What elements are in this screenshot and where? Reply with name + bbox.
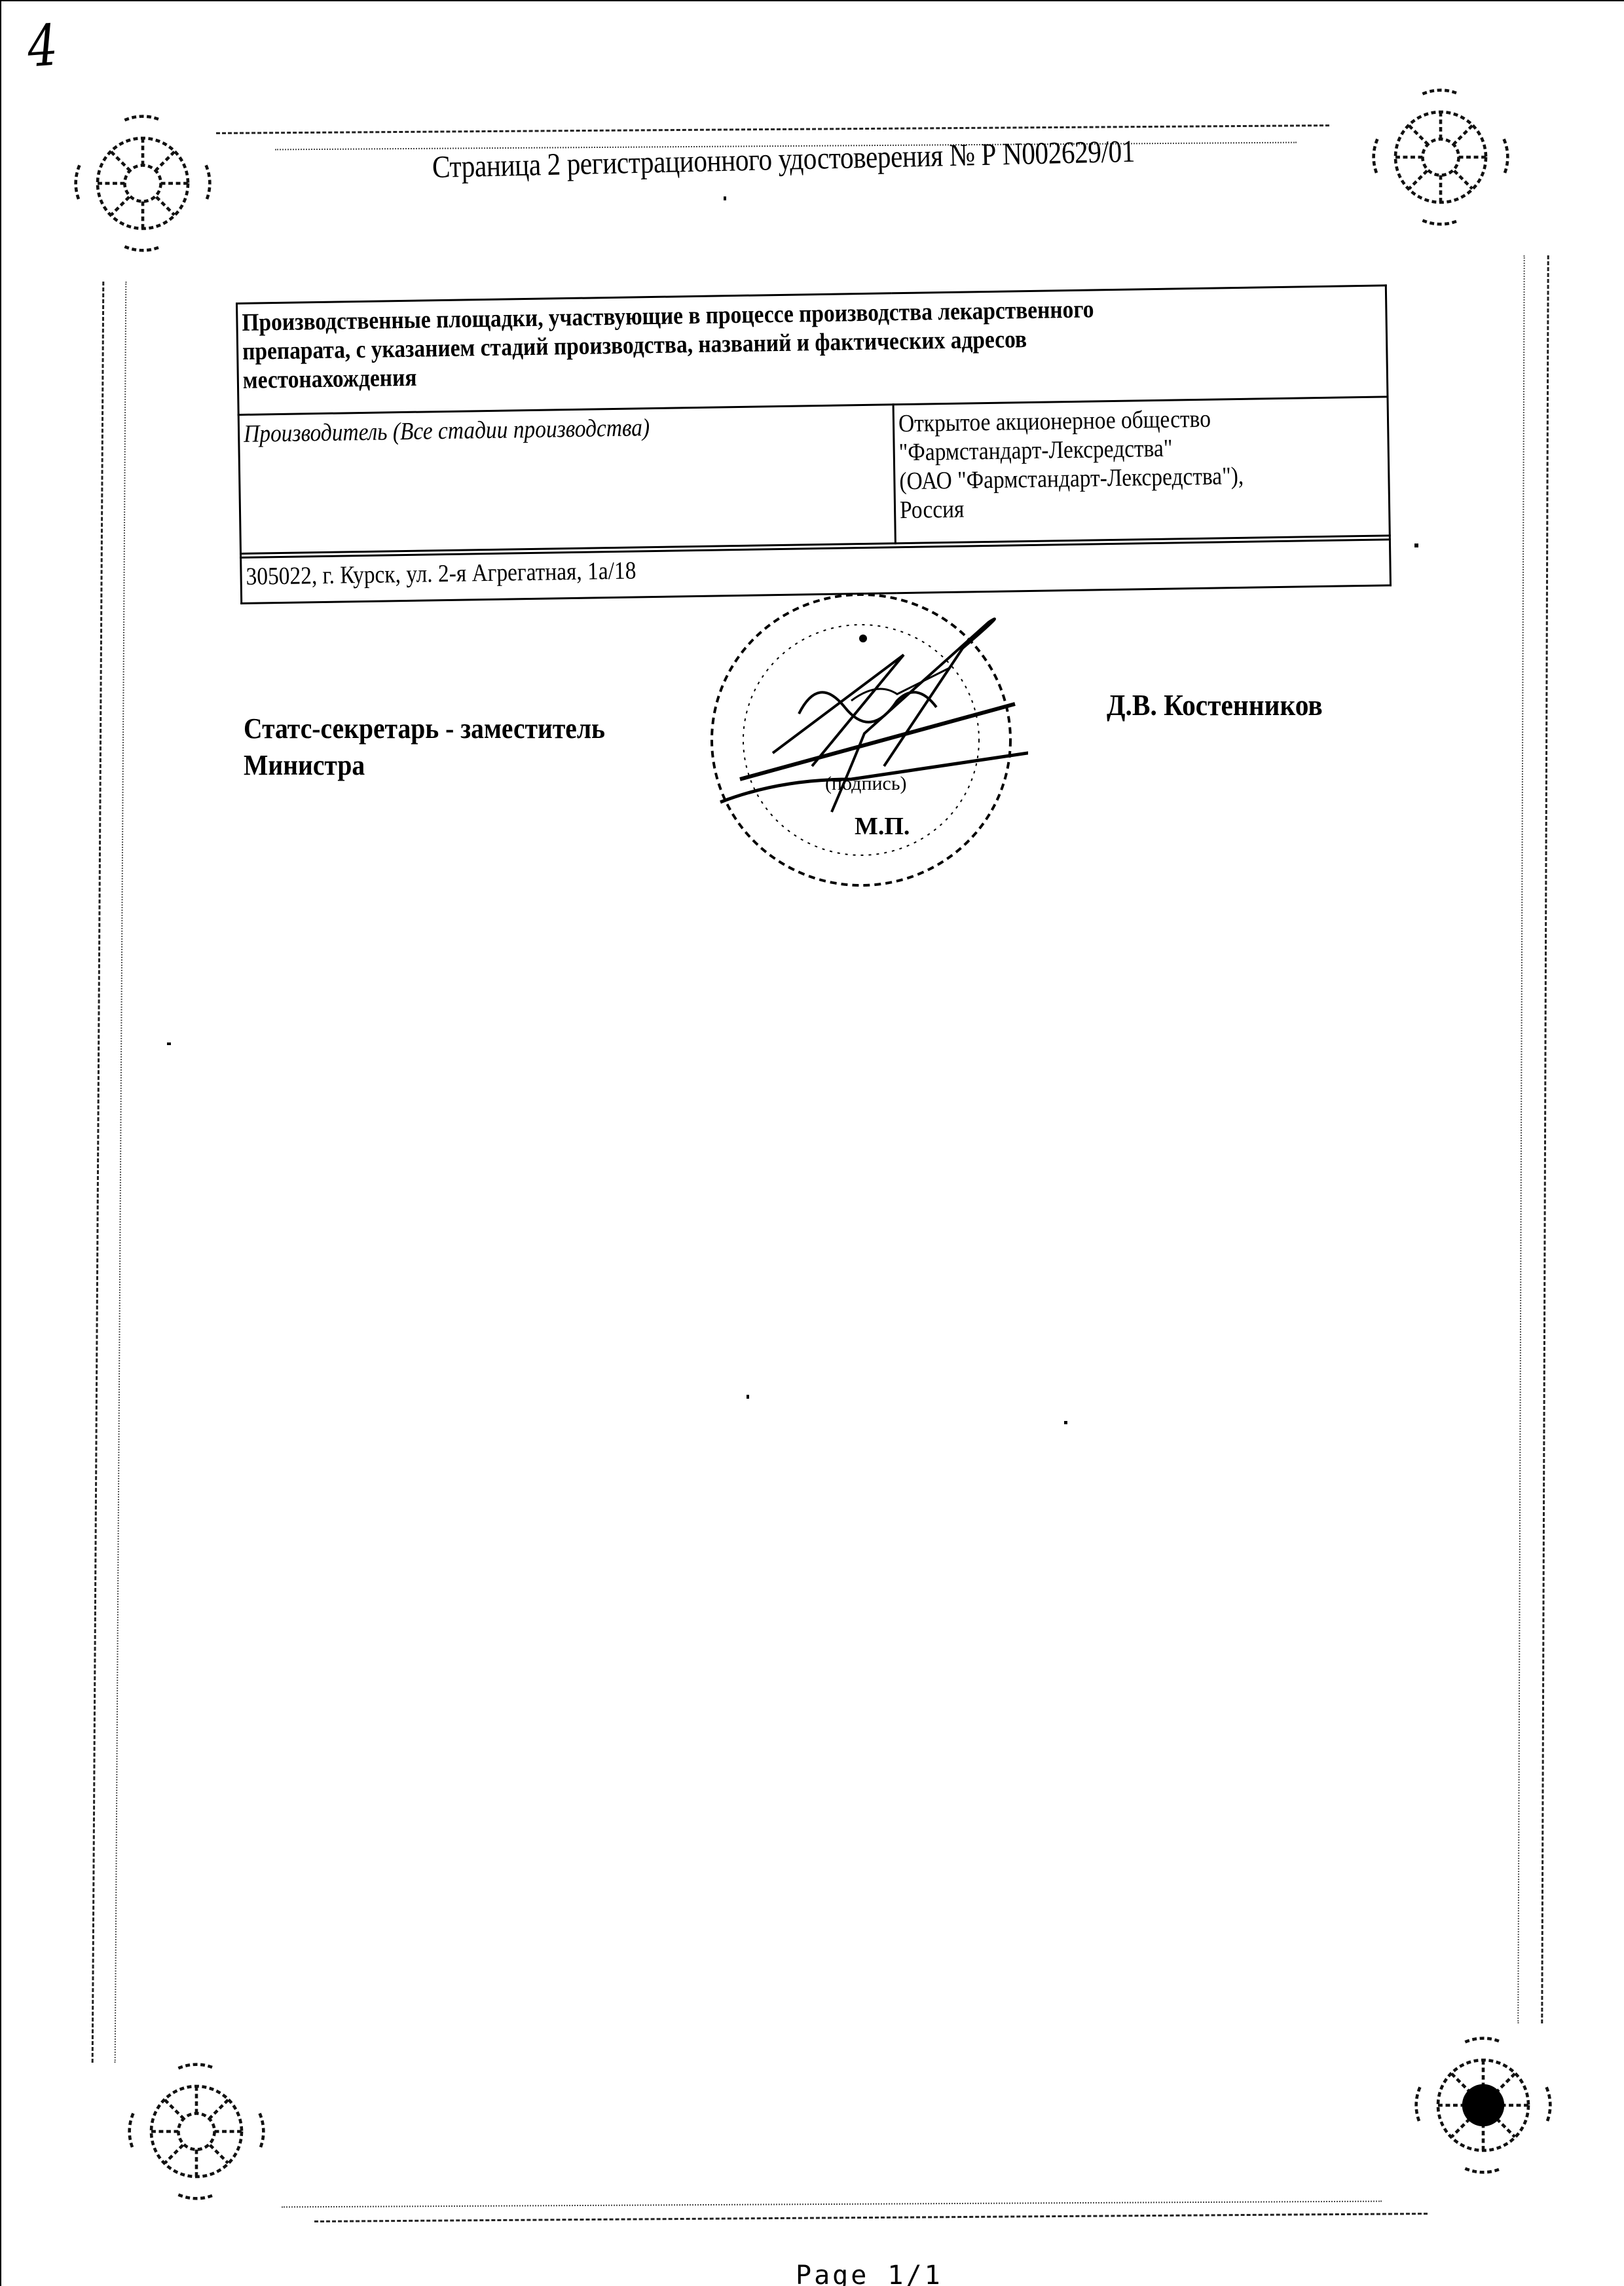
frame-bottom-inner-line [282,2201,1382,2208]
frame-right-inner-line [1517,255,1524,2023]
producer-role-text: Производитель (Все стадии производства) [244,413,650,449]
producer-organization-text: Открытое акционерное общество "Фармстанд… [898,404,1245,525]
page-title: Страница 2 регистрационного удостоверени… [432,132,1218,185]
manufacturing-sites-table: Производственные площадки, участвующие в… [236,284,1392,604]
frame-right-line [1541,255,1549,2023]
official-seal-stamp-icon [701,583,1028,897]
producer-role-cell: Производитель (Все стадии производства) [238,405,895,554]
seal-place-caption: М.П. [855,812,910,841]
rosette-bottom-right-icon [1408,2030,1559,2181]
table-header-text: Производственные площадки, участвующие в… [242,295,1095,394]
rosette-top-right-icon [1365,82,1516,232]
table-row: Производитель (Все стадии производства) … [238,397,1390,554]
page-indicator: Page 1/1 [796,2260,943,2286]
page-title-text: Страница 2 регистрационного удостоверени… [432,134,1135,185]
producer-address-text: 305022, г. Курск, ул. 2-я Агрегатная, 1а… [246,556,636,591]
table-header-cell: Производственные площадки, участвующие в… [237,286,1388,415]
frame-bottom-line [314,2213,1428,2222]
handwritten-sheet-number: 4 [26,12,60,80]
rosette-top-left-icon [67,108,218,259]
signature-caption: (подпись) [825,773,907,795]
table-header-row: Производственные площадки, участвующие в… [237,286,1388,415]
signer-position-text: Статс-секретарь - заместитель Министра [244,710,605,784]
frame-left-line [92,282,105,2063]
rosette-bottom-left-icon [121,2056,272,2207]
signer-name: Д.В. Костенников [1107,688,1346,722]
producer-organization-cell: Открытое акционерное общество "Фармстанд… [893,397,1390,544]
frame-left-inner-line [115,282,127,2063]
signer-position: Статс-секретарь - заместитель Министра [244,710,645,784]
signer-name-text: Д.В. Костенников [1107,688,1323,722]
